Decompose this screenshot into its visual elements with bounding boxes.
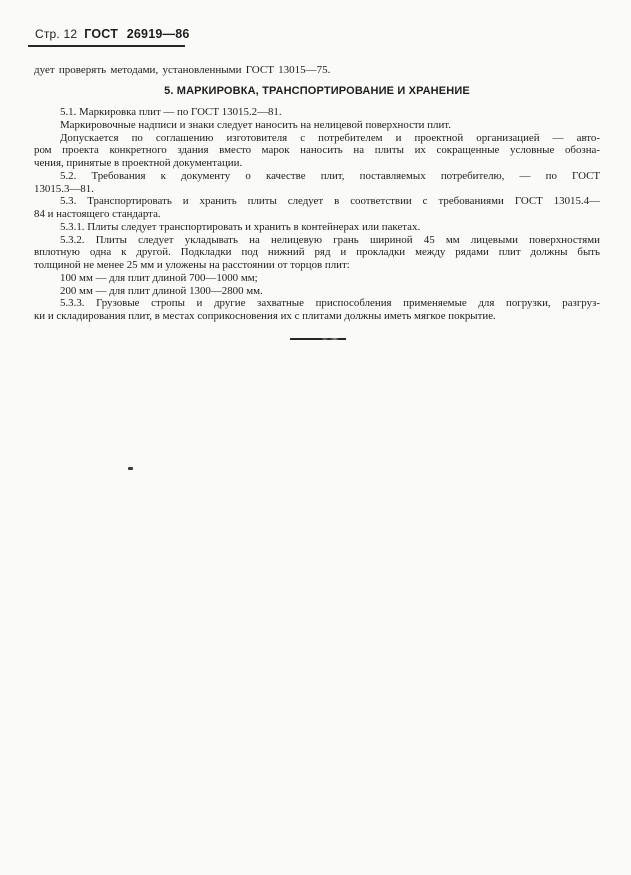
document-line: 5.3.1. Плиты следует транспортировать и … — [34, 221, 600, 234]
document-line: 5.1. Маркировка плит — по ГОСТ 13015.2—8… — [34, 106, 600, 119]
section-heading: 5. МАРКИРОВКА, ТРАНСПОРТИРОВАНИЕ И ХРАНЕ… — [34, 85, 600, 97]
document-line: вплотную одна к другой. Подкладки под ни… — [34, 246, 600, 259]
page-header: Стр. 12ГОСТ 26919—86 — [28, 27, 185, 47]
document-line: 200 мм — для плит длиной 1300—2800 мм. — [34, 285, 600, 298]
end-rule — [290, 338, 346, 340]
document-line: 84 и настоящего стандарта. — [34, 208, 600, 221]
document-line: 5.3.2. Плиты следует укладывать на нелиц… — [34, 234, 600, 247]
document-line: Маркировочные надписи и знаки следует на… — [34, 119, 600, 132]
document-line: 13015.3—81. — [34, 183, 600, 196]
standard-number: ГОСТ 26919—86 — [84, 27, 189, 41]
intro-line: дует проверять методами, установленными … — [34, 64, 600, 76]
document-line: ки и складирования плит, в местах соприк… — [34, 310, 600, 323]
document-line: ром проекта конкретного здания вместо ма… — [34, 144, 600, 157]
document-line: 5.3.3. Грузовые стропы и другие захватны… — [34, 297, 600, 310]
document-line: 5.2. Требования к документу о качестве п… — [34, 170, 600, 183]
document-line: толщиной не менее 25 мм и уложены на рас… — [34, 259, 600, 272]
page-number: Стр. 12 — [35, 27, 77, 41]
document-line: 5.3. Транспортировать и хранить плиты сл… — [34, 195, 600, 208]
document-line: Допускается по соглашению изготовителя с… — [34, 132, 600, 145]
document-line: 100 мм — для плит длиной 700—1000 мм; — [34, 272, 600, 285]
document-body: 5.1. Маркировка плит — по ГОСТ 13015.2—8… — [34, 106, 600, 323]
document-line: чения, принятые в проектной документации… — [34, 157, 600, 170]
document-page: Стр. 12ГОСТ 26919—86 дует проверять мето… — [0, 0, 631, 875]
scan-artifact — [128, 467, 133, 470]
